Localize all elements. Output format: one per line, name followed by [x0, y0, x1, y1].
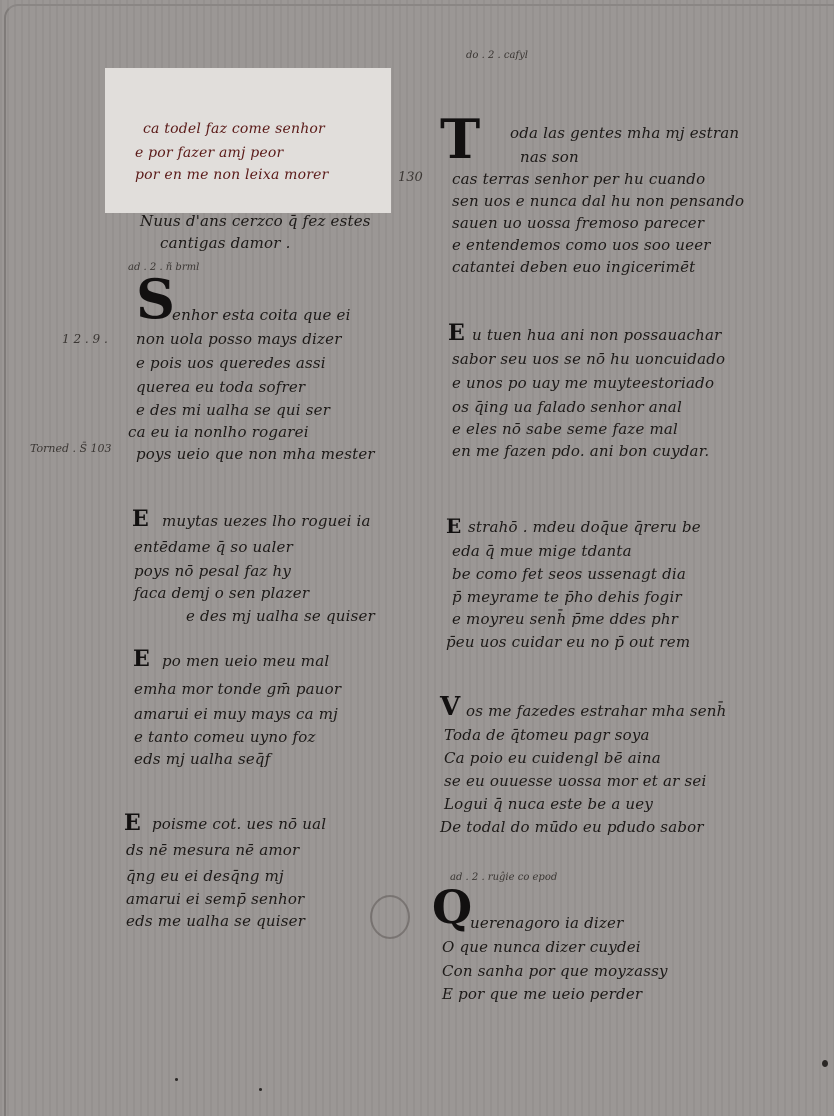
rubric-line: Nuus d'ans cerzco q̄ fez estes [140, 212, 371, 230]
decorated-initial-q: Q [432, 884, 472, 930]
manuscript-page: do . 2 . cafyl ca todel faz come senhor … [0, 0, 834, 1116]
verse-line: catantei deben euo ingicerimēt [452, 258, 695, 276]
verse-line: E por que me ueio perder [442, 985, 642, 1003]
verse-line: ca eu ia nonlho rogarei [128, 423, 309, 441]
verse-line: e moyreu senh̄ p̄me ddes phr [452, 610, 678, 628]
verse-line: Ca poio eu cuidengl bē aina [444, 749, 661, 767]
verse-line: poys ueio que non mha mester [136, 445, 375, 463]
verse-line: O que nunca dizer cuydei [442, 938, 641, 956]
verse-line: e des mj ualha se quiser [186, 607, 375, 625]
margin-note-torned: Torned . S̄ 103 [30, 442, 112, 455]
verse-line: poys nō pesal faz hy [134, 562, 291, 580]
verse-line: poisme cot. ues nō ual [152, 815, 326, 833]
verse-line: faca demj o sen plazer [134, 584, 309, 602]
verse-line: amarui ei semp̄ senhor [126, 890, 304, 908]
highlight-line: e por fazer amj peor [135, 144, 283, 162]
verse-line: Con sanha por que moyzassy [442, 962, 668, 980]
decorated-initial-t: T [440, 112, 480, 166]
verse-line: se eu ouuesse uossa mor et ar sei [444, 772, 706, 790]
rubric-line: cantigas damor . [160, 234, 291, 252]
verse-line: be como fet seos ussenagt dia [452, 565, 686, 583]
verse-line: e unos po uay me muyteestoriado [452, 374, 714, 392]
verse-line: sabor seu uos se nō hu uoncuidado [452, 350, 725, 368]
verse-line: amarui ei muy mays ca mj [134, 705, 338, 723]
verse-line: oda las gentes mha mj estran [510, 124, 739, 142]
verse-line: strahō . mdeu doq̄ue q̄reru be [468, 518, 701, 536]
verse-line: entēdame q̄ so ualer [134, 538, 293, 556]
decorated-initial-s: S [136, 272, 175, 326]
verse-line: enhor esta coita que ei [172, 306, 351, 324]
highlighted-region: ca todel faz come senhor e por fazer amj… [105, 68, 391, 213]
verse-line: cas terras senhor per hu cuando [452, 170, 705, 188]
verse-line: e eles nō sabe seme faze mal [452, 420, 678, 438]
verse-line: p̄ meyrame te p̄ho dehis fogir [452, 588, 682, 606]
initial-e: E [448, 322, 465, 344]
verse-line: os q̄ing ua falado senhor anal [452, 398, 682, 416]
verse-line: q̄ng eu ei desq̄ng mj [126, 867, 284, 885]
faded-initial-q [370, 895, 410, 939]
initial-a: E [124, 812, 141, 834]
ink-speck [175, 1078, 178, 1081]
ink-speck [259, 1088, 262, 1091]
verse-line: non uola posso mays dizer [136, 330, 342, 348]
verse-line: muytas uezes lho roguei ia [162, 512, 371, 530]
verse-line: eda q̄ mue mige tdanta [452, 542, 632, 560]
verse-line: querea eu toda sofrer [136, 378, 305, 396]
verse-line: eds mj ualha seq̄f [134, 750, 271, 768]
verse-line: os me fazedes estrahar mha senh̄ [466, 702, 727, 720]
verse-line: u tuen hua ani non possauachar [472, 326, 722, 344]
verse-line: ds nē mesura nē amor [126, 841, 299, 859]
top-annotation: do . 2 . cafyl [466, 50, 528, 61]
verse-line: sauen uo uossa fremoso parecer [452, 214, 704, 232]
verse-line: De todal do mūdo eu pdudo sabor [440, 818, 704, 836]
margin-number-129: 1 2 . 9 . [62, 332, 108, 346]
initial-e: E [133, 648, 150, 670]
ink-speck [822, 1060, 828, 1067]
verse-line: Toda de q̄tomeu pagr soya [444, 726, 650, 744]
verse-line: emha mor tonde gm̄ pauor [134, 680, 341, 698]
verse-line: po men ueio meu mal [162, 652, 329, 670]
verse-line: e pois uos queredes assi [136, 354, 326, 372]
highlight-line: por en me non leixa morer [135, 166, 329, 184]
initial-e: E [446, 516, 461, 536]
verse-line: e entendemos como uos soo ueer [452, 236, 711, 254]
verse-line: uerenagoro ia dizer [470, 914, 623, 932]
verse-line: e tanto comeu uyno foz [134, 728, 316, 746]
verse-line: nas son [520, 148, 579, 166]
verse-line: e des mi ualha se qui ser [136, 401, 330, 419]
highlight-line: ca todel faz come senhor [143, 120, 325, 138]
verse-line: en me fazen pdo. ani bon cuydar. [452, 442, 709, 460]
verse-line: eds me ualha se quiser [126, 912, 305, 930]
initial-a: E [132, 508, 149, 530]
initial-v: V [440, 694, 460, 720]
verse-line: Logui q̄ nuca este be a uey [444, 795, 653, 813]
verse-line: sen uos e nunca dal hu non pensando [452, 192, 744, 210]
folio-number-130: 130 [398, 170, 423, 185]
verse-line: p̄eu uos cuidar eu no p̄ out rem [446, 633, 690, 651]
